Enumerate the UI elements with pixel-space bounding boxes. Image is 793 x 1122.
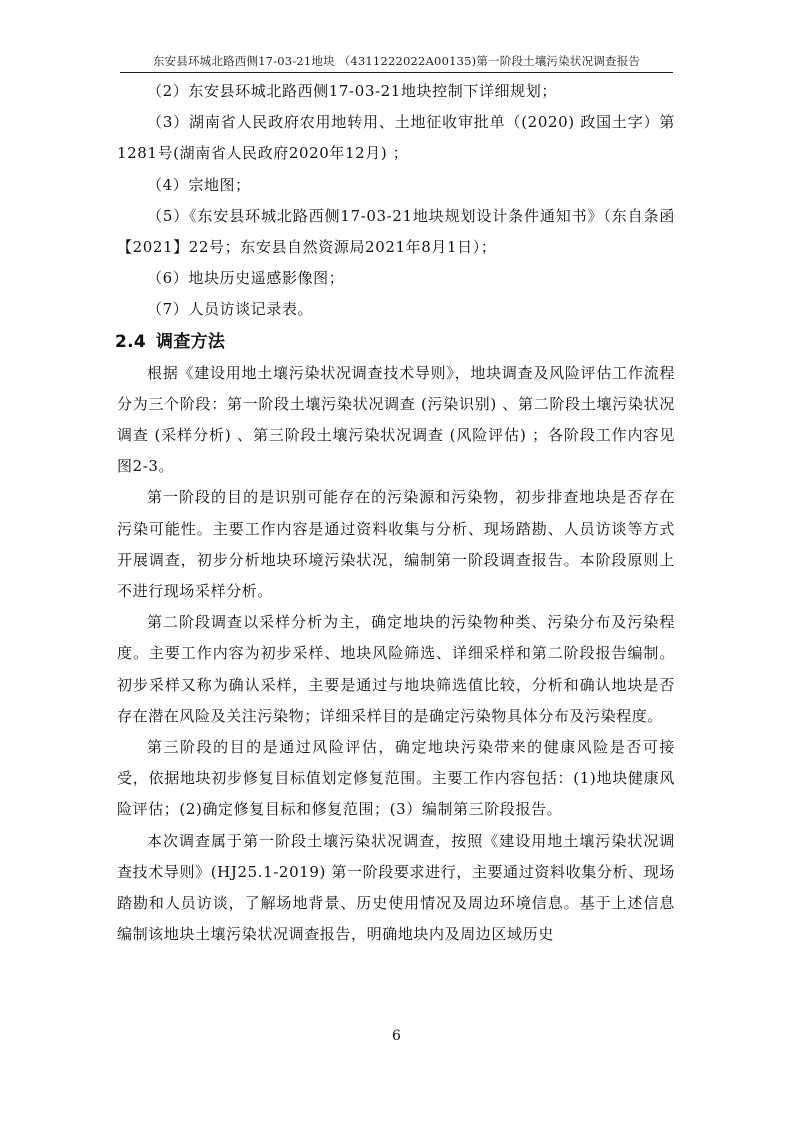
page-number: 6 [0, 1027, 793, 1045]
paragraph-current-survey: 本次调查属于第一阶段土壤污染状况调查，按照《建设用地土壤污染状况调查技术导则》(… [117, 826, 675, 951]
reference-item-2: （2）东安县环城北路西侧17-03-21地块控制下详细规划； [117, 76, 675, 107]
paragraph-phase-three: 第三阶段的目的是通过风险评估，确定地块污染带来的健康风险是否可接受，依据地块初步… [117, 732, 675, 826]
reference-item-7: （7）人员访谈记录表。 [117, 294, 675, 325]
section-heading: 2.4调查方法 [115, 326, 675, 358]
reference-item-3: （3）湖南省人民政府农用地转用、土地征收审批单（(2020) 政国土字）第128… [117, 107, 675, 169]
page-body: （2）东安县环城北路西侧17-03-21地块控制下详细规划； （3）湖南省人民政… [117, 76, 675, 950]
paragraph-overview: 根据《建设用地土壤污染状况调查技术导则》，地块调查及风险评估工作流程分为三个阶段… [117, 358, 675, 483]
section-title: 调查方法 [156, 332, 225, 352]
running-header: 东安县环城北路西侧17-03-21地块 （4311222022A00135)第一… [120, 52, 673, 73]
reference-item-5: （5）《东安县环城北路西侧17-03-21地块规划设计条件通知书》（东自条函【2… [117, 201, 675, 263]
reference-item-6: （6）地块历史遥感影像图； [117, 263, 675, 294]
section-number: 2.4 [115, 332, 146, 352]
paragraph-phase-one: 第一阶段的目的是识别可能存在的污染源和污染物，初步排查地块是否存在污染可能性。主… [117, 482, 675, 607]
paragraph-phase-two: 第二阶段调查以采样分析为主，确定地块的污染物种类、污染分布及污染程度。主要工作内… [117, 607, 675, 732]
reference-item-4: （4）宗地图； [117, 170, 675, 201]
running-header-title: 东安县环城北路西侧17-03-21地块 （4311222022A00135)第一… [153, 54, 640, 68]
